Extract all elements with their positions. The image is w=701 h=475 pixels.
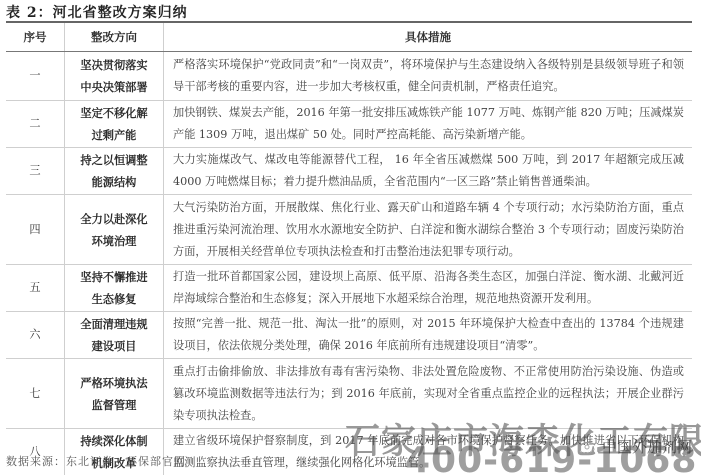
row-measure: 大气污染防治方面，开展散煤、焦化行业、露天矿山和道路车辆 4 个专项行动；水污染…: [164, 195, 693, 265]
direction-line: 坚决贯彻落实: [66, 54, 162, 76]
direction-line: 坚定不移化解: [66, 102, 162, 124]
direction-line: 严格环境执法: [66, 372, 162, 394]
direction-line: 生态修复: [66, 288, 162, 310]
row-number: 四: [6, 195, 65, 265]
row-measure: 大力实施煤改气、煤改电等能源替代工程， 16 年全省压减燃煤 500 万吨，到 …: [164, 148, 693, 195]
direction-line: 建设项目: [66, 335, 162, 357]
table-row: 四 全力以赴深化 环境治理 大气污染防治方面，开展散煤、焦化行业、露天矿山和道路…: [6, 195, 692, 265]
row-number: 七: [6, 359, 65, 429]
direction-line: 全力以赴深化: [66, 208, 162, 230]
row-number: 一: [6, 52, 65, 101]
table-row: 三 持之以恒调整 能源结构 大力实施煤改气、煤改电等能源替代工程， 16 年全省…: [6, 148, 692, 195]
header-number: 序号: [6, 22, 65, 52]
direction-line: 中央决策部署: [66, 76, 162, 98]
row-measure: 打造一批环首都国家公园，建设坝上高原、低平原、沿海各类生态区，加强白洋淀、衡水湖…: [164, 265, 693, 312]
row-direction: 坚定不移化解 过剩产能: [65, 101, 164, 148]
watermark-site-label: 中国外加剂网: [602, 436, 692, 457]
direction-line: 持续深化体制: [66, 430, 162, 452]
row-direction: 坚持不懈推进 生态修复: [65, 265, 164, 312]
row-direction: 全面清理违规 建设项目: [65, 312, 164, 359]
row-direction: 全力以赴深化 环境治理: [65, 195, 164, 265]
table-row: 二 坚定不移化解 过剩产能 加快钢铁、煤炭去产能，2016 年第一批安排压减炼铁…: [6, 101, 692, 148]
row-measure: 按照“完善一批、规范一批、淘汰一批”的原则，对 2015 年环境保护大检查中查出…: [164, 312, 693, 359]
direction-line: 过剩产能: [66, 124, 162, 146]
data-source-note: 数据来源：东北证券，环保部官网: [6, 453, 186, 469]
table-caption: 表 2：河北省整改方案归纳: [6, 2, 188, 22]
row-number: 二: [6, 101, 65, 148]
direction-line: 全面清理违规: [66, 313, 162, 335]
direction-line: 监督管理: [66, 394, 162, 416]
table-header-row: 序号 整改方向 具体措施: [6, 22, 692, 52]
header-direction: 整改方向: [65, 22, 164, 52]
row-number: 三: [6, 148, 65, 195]
swirl-logo-icon: [576, 439, 598, 455]
row-direction: 持之以恒调整 能源结构: [65, 148, 164, 195]
watermark-site: 中国外加剂网: [576, 436, 692, 457]
table-row: 六 全面清理违规 建设项目 按照“完善一批、规范一批、淘汰一批”的原则，对 20…: [6, 312, 692, 359]
row-measure: 加快钢铁、煤炭去产能，2016 年第一批安排压减炼铁产能 1077 万吨、炼钢产…: [164, 101, 693, 148]
table-row: 五 坚持不懈推进 生态修复 打造一批环首都国家公园，建设坝上高原、低平原、沿海各…: [6, 265, 692, 312]
header-measures: 具体措施: [164, 22, 693, 52]
row-number: 六: [6, 312, 65, 359]
row-direction: 严格环境执法 监督管理: [65, 359, 164, 429]
row-number: 五: [6, 265, 65, 312]
rectification-table: 序号 整改方向 具体措施 一 坚决贯彻落实 中央决策部署 严格落实环境保护“党政…: [6, 21, 692, 475]
direction-line: 环境治理: [66, 230, 162, 252]
table-row: 一 坚决贯彻落实 中央决策部署 严格落实环境保护“党政同责”和“一岗双责”，将环…: [6, 52, 692, 101]
direction-line: 坚持不懈推进: [66, 266, 162, 288]
direction-line: 能源结构: [66, 171, 162, 193]
row-measure: 严格落实环境保护“党政同责”和“一岗双责”，将环境保护与生态建设纳入各级特别是县…: [164, 52, 693, 101]
direction-line: 持之以恒调整: [66, 149, 162, 171]
row-direction: 坚决贯彻落实 中央决策部署: [65, 52, 164, 101]
